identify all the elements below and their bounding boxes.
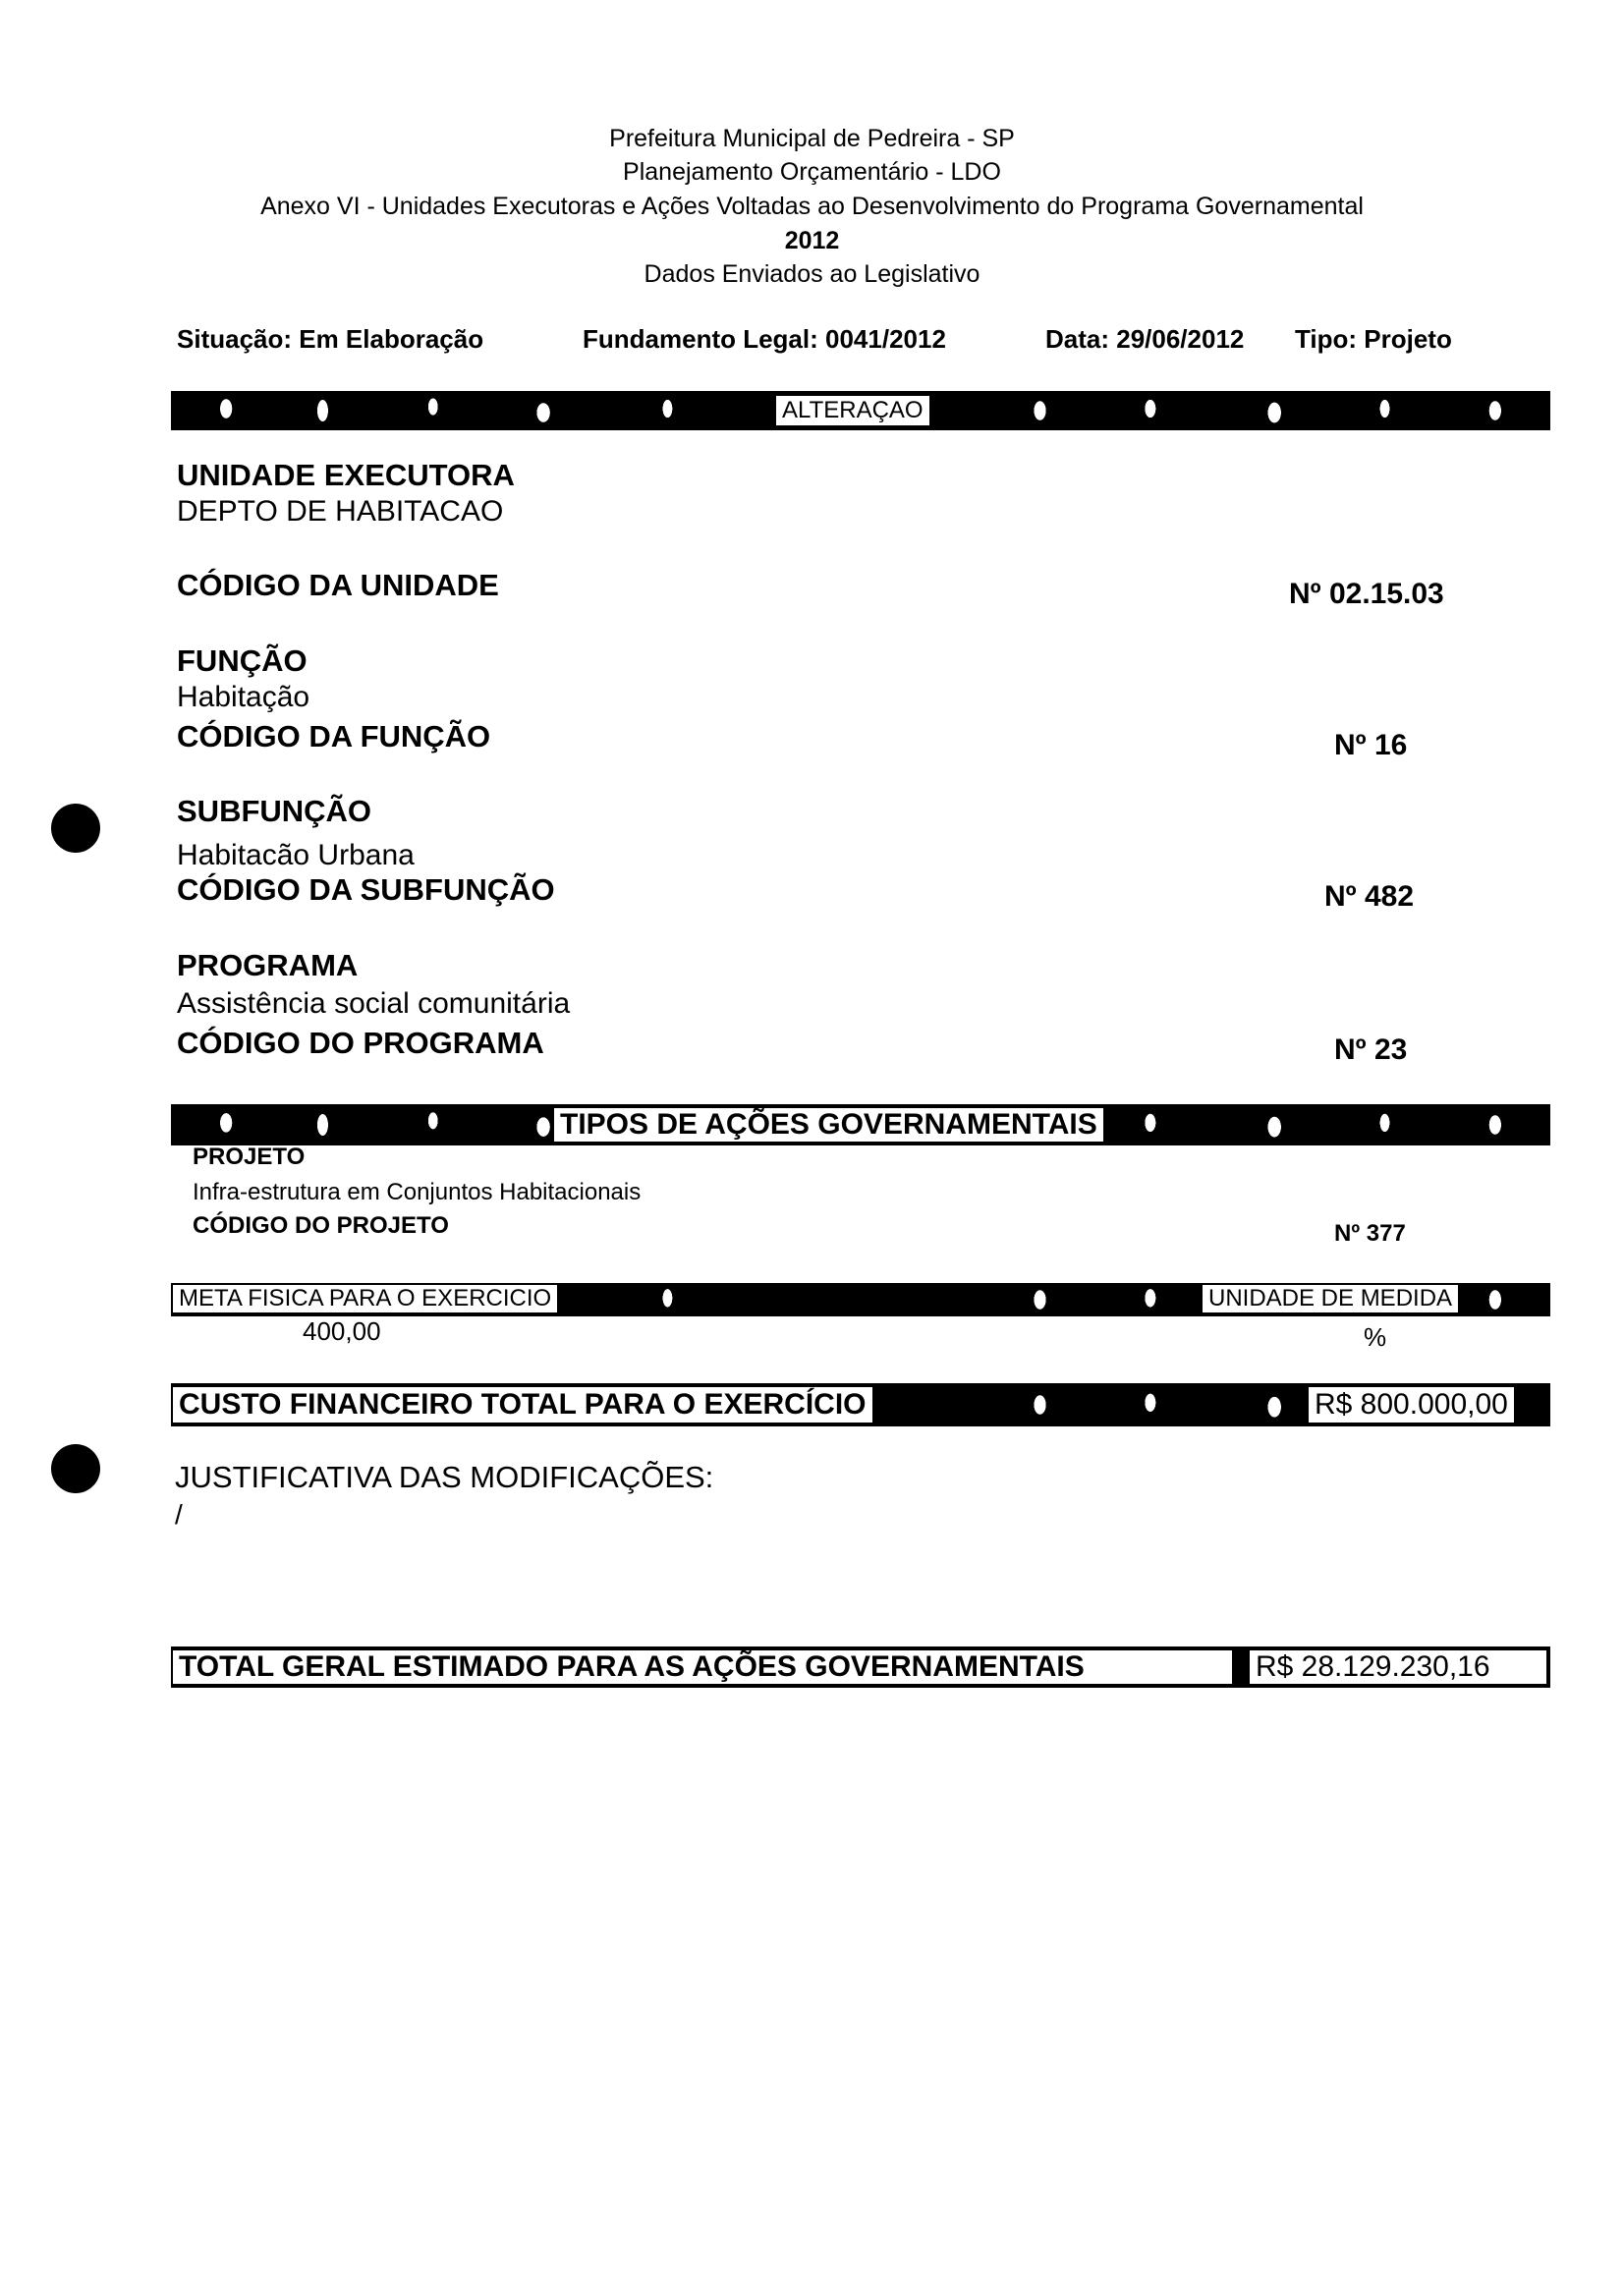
projeto-code-value: Nº 377 [1334, 1220, 1406, 1248]
header-line-3: Anexo VI - Unidades Executoras e Ações V… [0, 190, 1624, 223]
programa-value: Assistência social comunitária [177, 987, 570, 1021]
unidade-code-label: CÓDIGO DA UNIDADE [177, 568, 499, 603]
header-line-5: Dados Enviados ao Legislativo [0, 257, 1624, 291]
header-year: 2012 [0, 224, 1624, 257]
header-line-2: Planejamento Orçamentário - LDO [0, 155, 1624, 189]
subfuncao-code-value: Nº 482 [1324, 880, 1414, 914]
unidade-medida-label: UNIDADE DE MEDIDA [1201, 1283, 1460, 1314]
funcao-value: Habitação [177, 681, 309, 714]
subfuncao-code-label: CÓDIGO DA SUBFUNÇÃO [177, 872, 555, 908]
justificativa-value: / [175, 1499, 183, 1531]
tipo: Tipo: Projeto [1295, 324, 1452, 355]
funcao-code-label: CÓDIGO DA FUNÇÃO [177, 719, 490, 754]
projeto-title: PROJETO [193, 1144, 305, 1171]
subfuncao-title: SUBFUNÇÃO [177, 794, 371, 829]
funcao-title: FUNÇÃO [177, 643, 308, 679]
unidade-code-value: Nº 02.15.03 [1289, 578, 1444, 611]
meta-fisica-value: 400,00 [303, 1316, 381, 1347]
programa-code-value: Nº 23 [1334, 1033, 1407, 1067]
projeto-value: Infra-estrutura em Conjuntos Habitaciona… [193, 1179, 641, 1206]
unidade-medida-value: % [1364, 1322, 1386, 1353]
unidade-value: DEPTO DE HABITACAO [177, 495, 503, 529]
data: Data: 29/06/2012 [1045, 324, 1244, 355]
programa-title: PROGRAMA [177, 948, 358, 983]
total-geral-value: R$ 28.129.230,16 [1248, 1648, 1548, 1686]
projeto-code-label: CÓDIGO DO PROJETO [193, 1212, 449, 1240]
alteracao-label: ALTERAÇAO [774, 394, 931, 427]
punch-hole [51, 804, 100, 853]
fundamento-legal: Fundamento Legal: 0041/2012 [583, 324, 946, 355]
subfuncao-value: Habitacão Urbana [177, 839, 415, 872]
tipos-acoes-label: TIPOS DE AÇÕES GOVERNAMENTAIS [552, 1106, 1105, 1144]
custo-label: CUSTO FINANCEIRO TOTAL PARA O EXERCÍCIO [171, 1385, 874, 1424]
funcao-code-value: Nº 16 [1334, 729, 1407, 762]
situacao: Situação: Em Elaboração [177, 324, 483, 355]
unidade-title: UNIDADE EXECUTORA [177, 458, 515, 493]
programa-code-label: CÓDIGO DO PROGRAMA [177, 1026, 544, 1061]
header-line-1: Prefeitura Municipal de Pedreira - SP [0, 122, 1624, 155]
total-geral-label: TOTAL GERAL ESTIMADO PARA AS AÇÕES GOVER… [171, 1648, 1234, 1686]
custo-value: R$ 800.000,00 [1307, 1385, 1516, 1424]
justificativa-label: JUSTIFICATIVA DAS MODIFICAÇÕES: [175, 1460, 713, 1495]
meta-fisica-label: META FISICA PARA O EXERCICIO [171, 1283, 559, 1314]
punch-hole [51, 1444, 100, 1493]
